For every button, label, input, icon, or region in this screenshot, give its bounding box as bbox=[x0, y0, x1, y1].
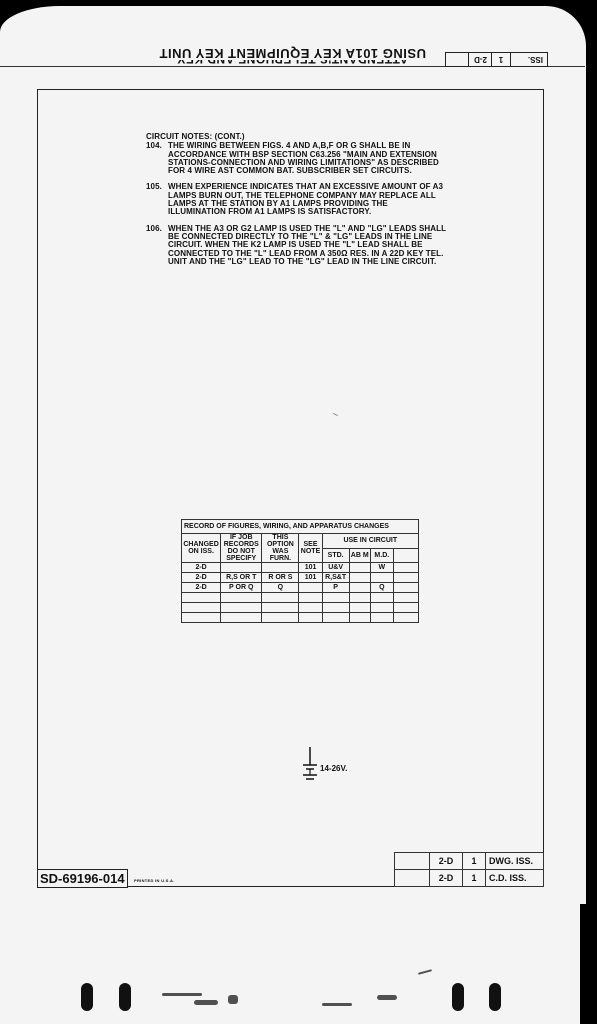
header-abm: AB M bbox=[349, 548, 370, 563]
table-cell bbox=[221, 593, 262, 603]
table-cell bbox=[262, 603, 299, 613]
table-cell: 2-D bbox=[182, 583, 221, 593]
table-row bbox=[182, 613, 419, 623]
table-row bbox=[182, 603, 419, 613]
note-text: WHEN EXPERIENCE INDICATES THAT AN EXCESS… bbox=[168, 183, 446, 216]
table-row: 2-DP OR QQPQ bbox=[182, 583, 419, 593]
punch-hole-icon bbox=[452, 983, 464, 1011]
header-use-in-circuit: USE IN CIRCUIT bbox=[322, 534, 418, 549]
table-cell bbox=[182, 593, 221, 603]
table-row bbox=[182, 593, 419, 603]
table-cell bbox=[221, 563, 262, 573]
note-text: WHEN THE A3 OR G2 LAMP IS USED THE "L" A… bbox=[168, 225, 446, 266]
record-of-changes-table: RECORD OF FIGURES, WIRING, AND APPARATUS… bbox=[181, 519, 419, 623]
drawing-number: SD-69196-014 bbox=[37, 869, 128, 888]
circuit-notes: CIRCUIT NOTES: (CONT.) 104. THE WIRING B… bbox=[146, 133, 446, 274]
table-cell: 101 bbox=[299, 573, 322, 583]
note-text: THE WIRING BETWEEN FIGS. 4 AND A,B,F OR … bbox=[168, 142, 446, 175]
scan-smudge bbox=[194, 1000, 218, 1005]
revision-issue: 2-D bbox=[430, 870, 463, 887]
revision-box: 2-D 1 DWG. ISS. 2-D 1 C.D. ISS. bbox=[394, 852, 544, 887]
table-cell: R,S OR T bbox=[221, 573, 262, 583]
table-cell bbox=[221, 603, 262, 613]
table-cell bbox=[393, 583, 418, 593]
table-cell bbox=[393, 613, 418, 623]
revision-row: 2-D 1 C.D. ISS. bbox=[395, 870, 544, 887]
table-cell: P bbox=[322, 583, 349, 593]
table-row: 2-D101U&VW bbox=[182, 563, 419, 573]
note-number: 104. bbox=[146, 142, 168, 175]
table-cell bbox=[370, 603, 393, 613]
table-cell bbox=[299, 613, 322, 623]
note-number: 105. bbox=[146, 183, 168, 216]
table-title: RECORD OF FIGURES, WIRING, AND APPARATUS… bbox=[182, 520, 419, 534]
printed-in-label: PRINTED IN U.S.A. bbox=[134, 878, 175, 883]
table-row: 2-DR,S OR TR OR S101R,S&T bbox=[182, 573, 419, 583]
table-cell bbox=[393, 603, 418, 613]
note-item: 104. THE WIRING BETWEEN FIGS. 4 AND A,B,… bbox=[146, 142, 446, 175]
header-iss-number: 1 bbox=[492, 53, 511, 66]
table-cell bbox=[370, 593, 393, 603]
table-cell bbox=[349, 573, 370, 583]
table-cell bbox=[299, 593, 322, 603]
table-cell bbox=[262, 593, 299, 603]
battery-ground-symbol-icon bbox=[300, 745, 320, 785]
table-cell bbox=[322, 593, 349, 603]
sheet-header-upside-down: ATTENDANT'S TELEPHONE AND KEY CIRCUIT US… bbox=[150, 47, 435, 65]
header-title: USING 101A KEY EQUIPMENT KEY UNIT bbox=[150, 47, 435, 60]
punch-hole-icon bbox=[119, 983, 131, 1011]
revision-issue: 2-D bbox=[430, 853, 463, 870]
table-cell bbox=[370, 613, 393, 623]
table-cell: Q bbox=[262, 583, 299, 593]
table-cell bbox=[299, 583, 322, 593]
header-changed-on-iss: CHANGED ON ISS. bbox=[182, 534, 221, 563]
revision-number: 1 bbox=[463, 853, 486, 870]
note-item: 106. WHEN THE A3 OR G2 LAMP IS USED THE … bbox=[146, 225, 446, 266]
table-cell bbox=[349, 603, 370, 613]
note-number: 106. bbox=[146, 225, 168, 266]
revision-label: C.D. ISS. bbox=[486, 870, 544, 887]
table-cell bbox=[322, 603, 349, 613]
table-cell bbox=[262, 613, 299, 623]
revision-row: 2-D 1 DWG. ISS. bbox=[395, 853, 544, 870]
scan-smudge bbox=[228, 995, 238, 1004]
table-cell bbox=[349, 583, 370, 593]
table-cell: P OR Q bbox=[221, 583, 262, 593]
table-cell bbox=[182, 613, 221, 623]
table-cell bbox=[349, 613, 370, 623]
revision-blank bbox=[395, 870, 430, 887]
table-cell bbox=[221, 613, 262, 623]
scan-edge bbox=[580, 904, 597, 1024]
table-cell: 2-D bbox=[182, 563, 221, 573]
table-cell bbox=[349, 563, 370, 573]
table-cell: 2-D bbox=[182, 573, 221, 583]
table-cell bbox=[349, 593, 370, 603]
table-cell: 101 bbox=[299, 563, 322, 573]
battery-voltage-label: 14-26V. bbox=[320, 764, 347, 773]
scan-smudge bbox=[377, 995, 397, 1000]
table-cell bbox=[322, 613, 349, 623]
revision-number: 1 bbox=[463, 870, 486, 887]
table-cell: R,S&T bbox=[322, 573, 349, 583]
header-md: M.D. bbox=[370, 548, 393, 563]
header-extra bbox=[393, 548, 418, 563]
table-cell bbox=[262, 563, 299, 573]
table-cell: R OR S bbox=[262, 573, 299, 583]
table-cell bbox=[182, 603, 221, 613]
table-cell: W bbox=[370, 563, 393, 573]
header-issue-box: ISS. 1 2-D bbox=[445, 52, 548, 67]
header-if-job-records: IF JOB RECORDS DO NOT SPECIFY bbox=[221, 534, 262, 563]
table-cell bbox=[393, 573, 418, 583]
table-cell bbox=[370, 573, 393, 583]
punch-hole-icon bbox=[81, 983, 93, 1011]
header-iss-label: ISS. bbox=[511, 53, 547, 66]
table-cell: Q bbox=[370, 583, 393, 593]
header-blank-cell bbox=[446, 53, 469, 66]
notes-title: CIRCUIT NOTES: (CONT.) bbox=[146, 133, 446, 141]
scan-smudge bbox=[322, 1003, 352, 1006]
table-cell bbox=[393, 593, 418, 603]
header-see-note: SEE NOTE bbox=[299, 534, 322, 563]
revision-blank bbox=[395, 853, 430, 870]
note-item: 105. WHEN EXPERIENCE INDICATES THAT AN E… bbox=[146, 183, 446, 216]
header-std: STD. bbox=[322, 548, 349, 563]
table-cell bbox=[393, 563, 418, 573]
table-cell: U&V bbox=[322, 563, 349, 573]
header-this-option: THIS OPTION WAS FURN. bbox=[262, 534, 299, 563]
header-revision: 2-D bbox=[469, 53, 492, 66]
punch-hole-icon bbox=[489, 983, 501, 1011]
table-cell bbox=[299, 603, 322, 613]
revision-label: DWG. ISS. bbox=[486, 853, 544, 870]
scan-smudge bbox=[162, 993, 202, 996]
